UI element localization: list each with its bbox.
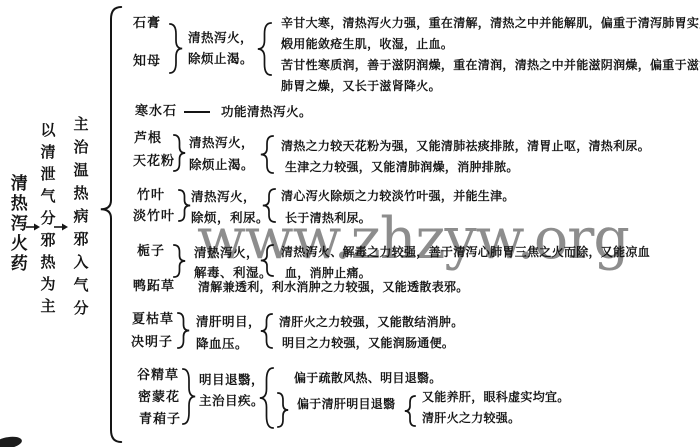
- herb-name: 栀子: [137, 245, 165, 259]
- arrow-right-icon: [54, 223, 68, 231]
- function-text: 清热泻火，: [194, 246, 259, 260]
- group-brace: [178, 189, 191, 222]
- function-text: 明目退翳，: [199, 373, 264, 387]
- herb-name: 鸭跖草: [133, 280, 175, 294]
- detail-text: 煅用能敛疮生肌，收湿，止血。: [281, 38, 453, 51]
- detail-text: 又能养肝，眼科虚实均宜。: [422, 391, 570, 404]
- subgroup-label: 偏于清肝明目退翳: [297, 398, 395, 411]
- detail-text: 明目之力较强，又能润肠通便。: [282, 337, 454, 350]
- arrow-right-icon: [26, 223, 40, 231]
- function-text: 除烦止渴。: [188, 52, 253, 66]
- connector-line: [184, 111, 210, 113]
- detail-brace: [259, 367, 274, 429]
- function-text: 清热泻火，: [188, 31, 253, 45]
- herb-name: 密蒙花: [138, 391, 180, 405]
- detail-text: 清心泻火除烦之力较淡竹叶强，并能生津。: [281, 190, 515, 203]
- group-brace: [169, 23, 183, 74]
- subgroup-detail-brace: [404, 395, 416, 427]
- herb-name: 夏枯草: [132, 313, 174, 327]
- tcm-herb-diagram: www.zhzyw.org 清热泻火药 以清泄气分邪热为主 主治温热病邪入气分 …: [0, 0, 700, 447]
- herb-name: 决明子: [131, 336, 173, 350]
- function-text: 除烦，利尿。: [191, 211, 269, 225]
- detail-text: 肺胃之燥，又长于滋肾降火。: [281, 80, 441, 93]
- detail-text: 清肝火之力较强，又能散结消肿。: [279, 316, 464, 329]
- detail-text: 长于清热利尿。: [285, 212, 371, 225]
- scan-smudge: [0, 435, 23, 447]
- herb-name: 竹叶: [137, 189, 165, 203]
- detail-brace: [262, 188, 276, 223]
- detail-text: 清解兼透利，利水消肿之力较强，又能透散表邪。: [198, 281, 469, 294]
- function-text: 清热泻火，: [191, 190, 256, 204]
- function-text: 清热泻火，: [189, 136, 254, 150]
- herb-name: 知母: [133, 55, 161, 69]
- function-text: 除烦止渴。: [189, 158, 254, 172]
- herb-name: 淡竹叶: [133, 210, 175, 224]
- indication-vertical-text: 主治温热病邪入气分: [72, 116, 89, 323]
- detail-text: 辛甘大寒，清热泻火力强，重在清解，清热之中并能解肌，偏重于清泻肺胃实火。: [281, 17, 700, 30]
- herb-name: 石膏: [133, 17, 161, 31]
- group-brace: [173, 244, 186, 278]
- function-text: 降血压。: [196, 337, 248, 351]
- detail-text: 清肝火之力较强。: [422, 412, 520, 425]
- function-text: 功能清热泻火。: [221, 105, 312, 119]
- principle-vertical-text: 以清泄气分邪热为主: [39, 122, 56, 320]
- detail-brace: [257, 22, 272, 76]
- detail-text: 偏于疏散风热、明目退翳。: [294, 372, 442, 385]
- detail-text: 清热泻火、解毒之力较强，善于清泻心肺胃三焦之火而除，又能凉血: [281, 246, 650, 259]
- main-brace: [100, 6, 122, 443]
- herb-name: 天花粉: [133, 155, 175, 169]
- detail-text: 清热之力较天花粉为强，又能清肺祛痰排脓，清胃止呕，清热利尿。: [281, 140, 650, 153]
- detail-text: 苦甘性寒质润，善于滋阴润燥，重在清润，清热之中并能滋阴润燥，偏重于滋润: [281, 59, 700, 72]
- function-text: 清肝明目，: [196, 315, 261, 329]
- group-brace: [182, 368, 196, 425]
- group-brace: [177, 312, 190, 349]
- detail-text: 血，消肿止痛。: [285, 267, 371, 280]
- herb-name: 寒水石: [135, 105, 177, 119]
- group-brace: [173, 134, 186, 172]
- detail-text: 生津之力较强，又能清肺润燥，消肿排脓。: [285, 161, 519, 174]
- herb-name: 芦根: [134, 132, 162, 146]
- detail-brace: [260, 244, 274, 277]
- function-text: 主治目疾。: [199, 394, 264, 408]
- detail-brace: [260, 135, 274, 174]
- category-title: 清热泻火药: [7, 174, 26, 274]
- subgroup-brace: [277, 392, 289, 428]
- detail-brace: [260, 313, 273, 349]
- herb-name: 谷精草: [137, 369, 179, 383]
- herb-name: 青葙子: [139, 413, 181, 427]
